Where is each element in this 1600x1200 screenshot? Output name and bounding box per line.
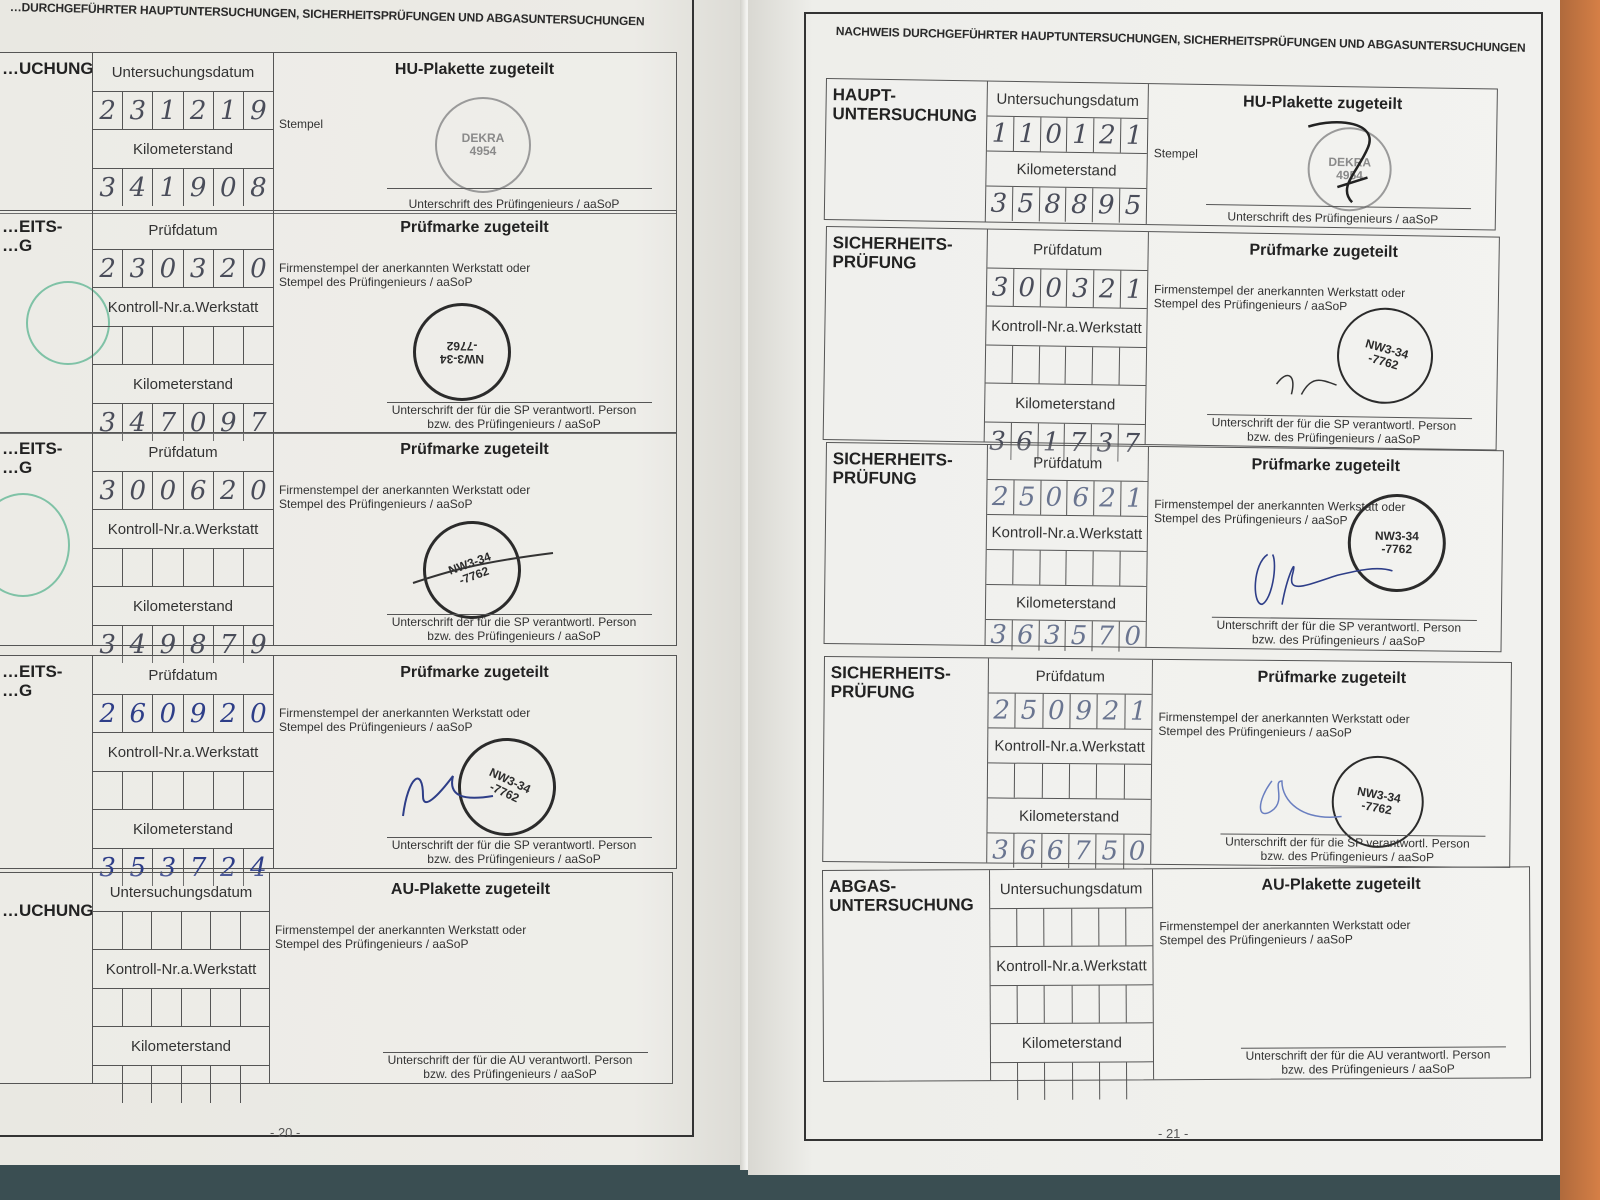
digit[interactable] (1120, 552, 1146, 586)
signature-caption: Unterschrift der für die AU verantwortl.… (370, 1053, 650, 1081)
km-label: Kilometerstand (986, 585, 1146, 622)
digit[interactable]: 5 (1096, 834, 1124, 868)
digit[interactable] (241, 912, 270, 949)
signature-caption: Unterschrift der für die SP verantwortl.… (374, 403, 654, 431)
digit[interactable] (214, 327, 244, 364)
stamp-instructions: Firmenstempel der anerkannten Werkstatt … (279, 261, 530, 289)
digit[interactable] (1040, 551, 1067, 585)
hu-plakette-heading: HU-Plakette zugeteilt (1149, 92, 1497, 115)
section-title: …EITS- …G (2, 217, 62, 255)
sp-stamp-icon: NW3-34 -7762 (1326, 296, 1445, 415)
au-section: ABGAS- UNTERSUCHUNG Untersuchungsdatum K… (822, 866, 1531, 1082)
control-field[interactable] (93, 549, 273, 587)
digit[interactable]: 3 (184, 250, 214, 287)
digit[interactable]: 0 (153, 695, 183, 732)
digit[interactable] (123, 912, 153, 949)
km-field[interactable]: 3 6 3 5 7 0 (985, 620, 1145, 652)
digit[interactable] (93, 912, 123, 949)
sp-section: …EITS- …G Prüfdatum 3 0 0 6 2 0 Kontroll… (0, 432, 677, 646)
sp-section: …EITS- …G Prüfdatum 2 3 0 3 2 0 Kontroll… (0, 210, 677, 434)
digit[interactable] (1097, 764, 1125, 798)
km-label: Kilometerstand (93, 810, 273, 849)
pruefmarke-heading: Prüfmarke zugeteilt (1149, 455, 1503, 477)
control-field[interactable] (986, 550, 1146, 587)
control-field[interactable] (93, 327, 273, 365)
digit[interactable] (1072, 986, 1099, 1023)
digit[interactable]: 2 (987, 480, 1014, 514)
digit[interactable]: 7 (1093, 621, 1120, 651)
digit[interactable]: 1 (1067, 118, 1094, 152)
digit[interactable]: 0 (123, 472, 153, 509)
digit[interactable] (991, 986, 1018, 1023)
date-field[interactable]: 2 3 1 2 1 9 (93, 92, 273, 130)
digit[interactable] (123, 327, 153, 364)
digit[interactable] (991, 1063, 1018, 1100)
digit[interactable]: 3 (1039, 621, 1066, 651)
control-field[interactable] (93, 989, 269, 1027)
digit[interactable] (1042, 764, 1070, 798)
digit[interactable] (211, 989, 241, 1026)
digit[interactable] (1099, 985, 1126, 1022)
date-field[interactable]: 1 1 0 1 2 1 (987, 117, 1148, 155)
km-field[interactable]: 3 4 1 9 0 8 (93, 169, 273, 206)
hu-section: HAUPT- UNTERSUCHUNG Untersuchungsdatum 1… (824, 78, 1498, 231)
digit[interactable] (988, 763, 1016, 797)
control-label: Kontroll-Nr.a.Werkstatt (990, 946, 1152, 986)
digit[interactable]: 0 (1014, 269, 1041, 306)
digit[interactable] (93, 549, 123, 586)
control-label: Kontroll-Nr.a.Werkstatt (93, 733, 273, 772)
digit[interactable] (990, 909, 1017, 946)
digit[interactable]: 3 (93, 169, 123, 206)
digit[interactable]: 5 (1120, 189, 1146, 223)
digit[interactable]: 2 (1094, 481, 1121, 515)
digit[interactable]: 2 (988, 693, 1016, 727)
digit[interactable]: 9 (184, 695, 214, 732)
digit[interactable] (184, 549, 214, 586)
pruefmarke-heading: Prüfmarke zugeteilt (1153, 668, 1511, 689)
section-title: …EITS- …G (2, 662, 62, 700)
digit[interactable] (1017, 909, 1044, 946)
signature-caption: Unterschrift der für die SP verantwortl.… (1199, 618, 1479, 649)
digit[interactable]: 3 (987, 269, 1014, 306)
date-field[interactable] (93, 912, 269, 950)
page-number: - 20 - (270, 1125, 300, 1140)
digit[interactable] (1012, 346, 1039, 383)
stempel-label: Stempel (1154, 146, 1198, 161)
hu-section: …UCHUNG Untersuchungsdatum 2 3 1 2 1 9 K… (0, 52, 677, 214)
digit[interactable]: 2 (93, 92, 123, 129)
digit[interactable] (214, 549, 244, 586)
digit[interactable] (211, 1066, 241, 1103)
km-field[interactable]: 3 6 6 7 5 0 (987, 833, 1150, 868)
digit[interactable]: 2 (1094, 118, 1121, 152)
digit[interactable] (244, 549, 273, 586)
control-label: Kontroll-Nr.a.Werkstatt (93, 510, 273, 549)
stamp-instructions: Firmenstempel der anerkannten Werkstatt … (1158, 710, 1409, 740)
sp-section: SICHERHEITS- PRÜFUNG Prüfdatum 3 0 0 3 2… (823, 226, 1500, 451)
digit[interactable]: 6 (123, 695, 153, 732)
digit[interactable]: 6 (1042, 834, 1070, 868)
digit[interactable]: 0 (244, 472, 273, 509)
digit[interactable] (153, 327, 183, 364)
km-label: Kilometerstand (93, 1027, 269, 1066)
digit[interactable]: 1 (214, 92, 244, 129)
faint-green-stamp-icon (0, 493, 70, 597)
sp-section: SICHERHEITS- PRÜFUNG Prüfdatum 2 5 0 9 2… (822, 656, 1512, 868)
signature-caption: Unterschrift des Prüfingenieurs / aaSoP (374, 197, 654, 211)
digit[interactable] (986, 550, 1013, 584)
control-label: Kontroll-Nr.a.Werkstatt (986, 307, 1147, 349)
au-plakette-heading: AU-Plakette zugeteilt (1153, 875, 1529, 895)
signature-caption: Unterschrift der für die AU verantwortl.… (1228, 1047, 1508, 1076)
digit[interactable]: 0 (1043, 694, 1071, 728)
digit[interactable]: 2 (184, 92, 214, 129)
digit[interactable]: 3 (985, 620, 1012, 650)
date-label: Untersuchungsdatum (93, 53, 273, 92)
section-title: …UCHUNG (2, 901, 94, 920)
km-label: Kilometerstand (987, 798, 1150, 834)
digit[interactable]: 2 (1098, 694, 1126, 728)
sp-stamp-icon: NW3-34 -7762 (413, 303, 511, 401)
section-title: …UCHUNG (2, 59, 94, 78)
date-field[interactable]: 3 0 0 3 2 1 (987, 269, 1148, 310)
digit[interactable]: 1 (1125, 695, 1152, 729)
digit[interactable] (1045, 986, 1072, 1023)
digit[interactable]: 1 (987, 117, 1014, 151)
date-field[interactable]: 2 3 0 3 2 0 (93, 250, 273, 288)
digit[interactable]: 0 (153, 472, 183, 509)
digit[interactable] (1070, 764, 1098, 798)
digit[interactable] (123, 549, 153, 586)
page-number: - 21 - (1158, 1126, 1188, 1141)
digit[interactable]: 7 (1069, 834, 1097, 868)
digit[interactable] (152, 989, 182, 1026)
control-field[interactable] (991, 985, 1153, 1024)
digit[interactable]: 8 (1066, 188, 1093, 222)
digit[interactable]: 1 (153, 169, 183, 206)
pruefmarke-heading: Prüfmarke zugeteilt (273, 219, 676, 237)
digit[interactable] (153, 772, 183, 809)
date-label: Prüfdatum (93, 656, 273, 695)
control-field[interactable] (986, 346, 1147, 387)
digit[interactable] (241, 1066, 270, 1103)
hu-plakette-heading: HU-Plakette zugeteilt (273, 61, 676, 79)
digit[interactable]: 5 (1066, 621, 1093, 651)
signature-caption: Unterschrift des Prüfingenieurs / aaSoP (1193, 209, 1473, 227)
digit[interactable] (1066, 347, 1093, 384)
digit[interactable] (1094, 551, 1121, 585)
stamp-instructions: Firmenstempel der anerkannten Werkstatt … (1159, 918, 1410, 947)
date-field[interactable]: 2 6 0 9 2 0 (93, 695, 273, 733)
page-21: NACHWEIS DURCHGEFÜHRTER HAUPTUNTERSUCHUN… (748, 0, 1560, 1175)
stamp-instructions: Firmenstempel der anerkannten Werkstatt … (1154, 282, 1406, 314)
km-label: Kilometerstand (991, 1023, 1153, 1063)
control-label: Kontroll-Nr.a.Werkstatt (988, 728, 1151, 764)
sp-stamp-icon: NW3-34 -7762 (1347, 493, 1446, 592)
digit[interactable] (93, 327, 123, 364)
digit[interactable] (214, 772, 244, 809)
date-label: Prüfdatum (93, 433, 273, 472)
digit[interactable]: 0 (1120, 622, 1146, 652)
digit[interactable] (1099, 908, 1126, 945)
stamp-instructions: Firmenstempel der anerkannten Werkstatt … (275, 923, 526, 951)
digit[interactable]: 0 (1041, 117, 1068, 151)
digit[interactable] (1124, 765, 1151, 799)
km-label: Kilometerstand (986, 152, 1147, 190)
digit[interactable]: 5 (1014, 480, 1041, 514)
km-label: Kilometerstand (93, 365, 273, 404)
digit[interactable]: 1 (153, 92, 183, 129)
digit[interactable] (1127, 1062, 1153, 1099)
digit[interactable]: 6 (184, 472, 214, 509)
signature-caption: Unterschrift der für die SP verantwortl.… (1207, 834, 1487, 864)
digit[interactable]: 6 (1012, 620, 1039, 650)
digit[interactable]: 0 (1040, 269, 1067, 306)
km-field[interactable] (93, 1066, 269, 1103)
digit[interactable]: 1 (1121, 271, 1147, 308)
digit[interactable]: 0 (214, 169, 244, 206)
digit[interactable]: 3 (93, 472, 123, 509)
digit[interactable] (182, 1066, 212, 1103)
digit[interactable]: 3 (123, 92, 153, 129)
km-label: Kilometerstand (93, 130, 273, 169)
digit[interactable]: 8 (1039, 187, 1066, 221)
km-label: Kilometerstand (93, 587, 273, 626)
control-label: Kontroll-Nr.a.Werkstatt (987, 515, 1147, 552)
digit[interactable] (1120, 348, 1146, 385)
digit[interactable]: 2 (93, 250, 123, 287)
date-label: Untersuchungsdatum (987, 82, 1148, 120)
digit[interactable]: 9 (184, 169, 214, 206)
digit[interactable]: 0 (244, 250, 273, 287)
section-title: …EITS- …G (2, 439, 62, 477)
digit[interactable] (1015, 764, 1043, 798)
digit[interactable] (1067, 551, 1094, 585)
signature-caption: Unterschrift der für die SP verantwortl.… (374, 838, 654, 866)
date-label: Prüfdatum (989, 658, 1152, 694)
digit[interactable] (1013, 550, 1040, 584)
digit[interactable] (152, 1066, 182, 1103)
pruefmarke-heading: Prüfmarke zugeteilt (273, 441, 676, 459)
pruefmarke-heading: Prüfmarke zugeteilt (273, 664, 676, 682)
digit[interactable] (153, 549, 183, 586)
digit[interactable] (182, 912, 212, 949)
date-field[interactable]: 2 5 0 6 2 1 (987, 480, 1147, 517)
digit[interactable] (123, 772, 153, 809)
km-field[interactable]: 3 5 8 8 9 5 (986, 187, 1147, 224)
digit[interactable]: 1 (1014, 117, 1041, 151)
digit[interactable] (1100, 1062, 1127, 1099)
digit[interactable]: 1 (1121, 119, 1147, 153)
signature-caption: Unterschrift der für die SP verantwortl.… (1194, 415, 1474, 447)
digit[interactable] (211, 912, 241, 949)
sp-stamp-icon: NW3-34 -7762 (442, 722, 572, 852)
digit[interactable]: 2 (214, 695, 244, 732)
digit[interactable] (123, 989, 153, 1026)
page-20: …DURCHGEFÜHRTER HAUPTUNTERSUCHUNGEN, SIC… (0, 0, 745, 1165)
control-label: Kontroll-Nr.a.Werkstatt (93, 288, 273, 327)
section-title: SICHERHEITS- PRÜFUNG (832, 449, 952, 488)
au-plakette-heading: AU-Plakette zugeteilt (269, 881, 672, 899)
digit[interactable]: 3 (987, 833, 1015, 867)
date-label: Prüfdatum (93, 211, 273, 250)
digit[interactable]: 0 (244, 695, 273, 732)
stamp-instructions: Firmenstempel der anerkannten Werkstatt … (279, 706, 530, 734)
digit[interactable]: 2 (1094, 270, 1121, 307)
digit[interactable]: 2 (214, 250, 244, 287)
digit[interactable] (1018, 986, 1045, 1023)
digit[interactable] (93, 1066, 123, 1103)
sp-section: SICHERHEITS- PRÜFUNG Prüfdatum 2 5 0 6 2… (824, 442, 1504, 652)
date-field[interactable]: 2 5 0 9 2 1 (988, 693, 1151, 729)
digit[interactable] (1126, 908, 1152, 945)
digit[interactable]: 9 (1070, 694, 1098, 728)
digit[interactable] (244, 327, 273, 364)
digit[interactable] (182, 989, 212, 1026)
digit[interactable] (184, 327, 214, 364)
digit[interactable]: 8 (244, 169, 273, 206)
control-label: Kontroll-Nr.a.Werkstatt (93, 950, 269, 989)
digit[interactable]: 3 (123, 250, 153, 287)
digit[interactable] (1039, 346, 1066, 383)
digit[interactable]: 9 (244, 92, 273, 129)
digit[interactable] (1045, 909, 1072, 946)
digit[interactable]: 9 (1093, 188, 1120, 222)
digit[interactable] (1126, 985, 1152, 1022)
date-field[interactable]: 3 0 0 6 2 0 (93, 472, 273, 510)
digit[interactable] (1045, 1063, 1072, 1100)
stempel-label: Stempel (279, 117, 323, 131)
sp-section: …EITS- …G Prüfdatum 2 6 0 9 2 0 Kontroll… (0, 655, 677, 869)
digit[interactable] (1072, 909, 1099, 946)
pruefmarke-heading: Prüfmarke zugeteilt (1149, 240, 1499, 263)
date-label: Untersuchungsdatum (93, 873, 269, 912)
digit[interactable] (123, 1066, 153, 1103)
digit[interactable] (152, 912, 182, 949)
digit[interactable]: 1 (1121, 482, 1147, 516)
digit[interactable] (1073, 1063, 1100, 1100)
stamp-instructions: Firmenstempel der anerkannten Werkstatt … (279, 483, 530, 511)
date-label: Untersuchungsdatum (990, 869, 1152, 909)
section-title: SICHERHEITS- PRÜFUNG (832, 233, 953, 273)
km-label: Kilometerstand (985, 384, 1146, 426)
digit[interactable]: 5 (1013, 187, 1040, 221)
digit[interactable] (241, 989, 270, 1026)
digit[interactable]: 0 (1124, 835, 1151, 869)
km-field[interactable] (991, 1062, 1153, 1100)
digit[interactable] (93, 989, 123, 1026)
digit[interactable]: 4 (123, 169, 153, 206)
signature-caption: Unterschrift der für die SP verantwortl.… (374, 615, 654, 643)
background-orange-folder (1560, 0, 1600, 1200)
digit[interactable]: 3 (1067, 270, 1094, 307)
section-title: ABGAS- UNTERSUCHUNG (829, 876, 974, 915)
au-section: …UCHUNG Untersuchungsdatum Kontroll-Nr.a… (0, 872, 673, 1084)
digit[interactable]: 2 (214, 472, 244, 509)
digit[interactable]: 0 (1041, 481, 1068, 515)
digit[interactable]: 5 (1016, 694, 1044, 728)
digit[interactable] (184, 772, 214, 809)
digit[interactable] (986, 346, 1013, 383)
date-field[interactable] (990, 908, 1152, 947)
digit[interactable] (244, 772, 273, 809)
section-title: HAUPT- UNTERSUCHUNG (832, 85, 977, 125)
date-label: Prüfdatum (987, 230, 1148, 272)
digit[interactable]: 3 (986, 187, 1013, 221)
digit[interactable]: 6 (1068, 481, 1095, 515)
date-label: Prüfdatum (988, 445, 1148, 482)
control-field[interactable] (93, 772, 273, 810)
digit[interactable]: 6 (1014, 834, 1042, 868)
control-field[interactable] (988, 763, 1151, 799)
digit[interactable] (1093, 347, 1120, 384)
digit[interactable] (93, 772, 123, 809)
digit[interactable] (1018, 1063, 1045, 1100)
dekra-stamp-icon: DEKRA 4954 (435, 97, 531, 193)
digit[interactable]: 2 (93, 695, 123, 732)
digit[interactable]: 0 (153, 250, 183, 287)
dekra-stamp-icon: DEKRA 4954 (1307, 127, 1392, 212)
section-title: SICHERHEITS- PRÜFUNG (831, 663, 951, 702)
